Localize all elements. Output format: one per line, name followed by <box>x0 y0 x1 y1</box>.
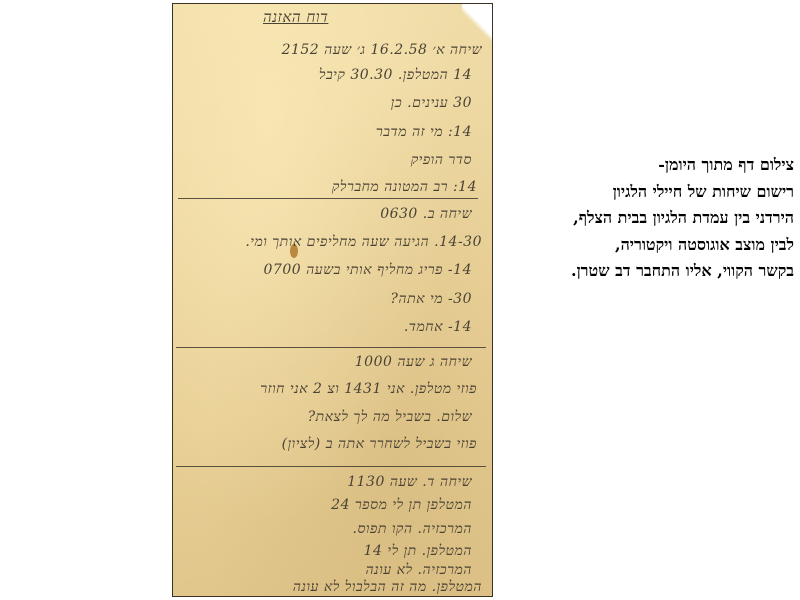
diary-title: דוח האזנה <box>263 8 328 27</box>
diary-line: המטלפן. מה זה הבלבול לא עונה <box>293 579 482 596</box>
diary-line: שיחה א׳ 16.2.58 ג׳ שעה 2152 <box>282 42 482 59</box>
diary-line: המטלפן. תן לי 14 <box>364 543 472 560</box>
diary-line: סדר הופיק <box>411 152 472 169</box>
diary-line: שיחה ד. שעה 1130 <box>347 474 472 491</box>
caption-line: רישום שיחות של חיילי הלגיון <box>494 179 794 206</box>
caption-line: הירדני בין עמדת הלגיון בבית הצלף, <box>494 205 794 232</box>
divider-line <box>176 347 486 348</box>
photo-caption: צילום דף מתוך היומן- רישום שיחות של חייל… <box>494 152 794 285</box>
caption-line: בקשר הקווי, אליו התחבר דב שטרן. <box>494 258 794 285</box>
diary-line: 14- פריג מחליף אותי בשעה 0700 <box>264 262 473 279</box>
diary-line: שיחה ב. 0630 <box>380 206 472 223</box>
diary-line: שיחה ג שעה 1000 <box>355 354 472 371</box>
divider-line <box>178 198 478 199</box>
diary-line: 14: רב המטונה מחברלק <box>332 179 477 196</box>
diary-line: 14-30. הגיעה שעה מחליפים אותך ומי. <box>245 234 482 251</box>
diary-line: המרכזיה. הקו תפוס. <box>353 521 473 538</box>
diary-line: 30- מי אתה? <box>390 291 472 308</box>
diary-line: המרכזיה. לא עונה <box>365 562 472 579</box>
diary-line: 14 המטלפן. 30.30 קיבל <box>319 67 472 84</box>
diary-line: שלום. בשביל מה לך לצאת? <box>308 409 472 426</box>
diary-line: 14- אחמד. <box>404 319 472 336</box>
divider-line <box>176 466 486 467</box>
diary-line: פוזי בשביל לשחרר אתה ב (לציון) <box>282 436 477 453</box>
diary-line: פוזי מטלפן. אני 1431 וצ 2 אני חוזר <box>260 381 477 398</box>
diary-page-photo: דוח האזנה שיחה א׳ 16.2.58 ג׳ שעה 2152 14… <box>172 3 493 597</box>
diary-line: 14: מי זה מדבר <box>376 124 472 141</box>
caption-line: לבין מוצב אוגוסטה ויקטוריה, <box>494 232 794 259</box>
caption-line: צילום דף מתוך היומן- <box>494 152 794 179</box>
diary-line: 30 ענינים. כן <box>391 95 472 112</box>
diary-line: המטלפן תן לי מספר 24 <box>331 497 472 514</box>
